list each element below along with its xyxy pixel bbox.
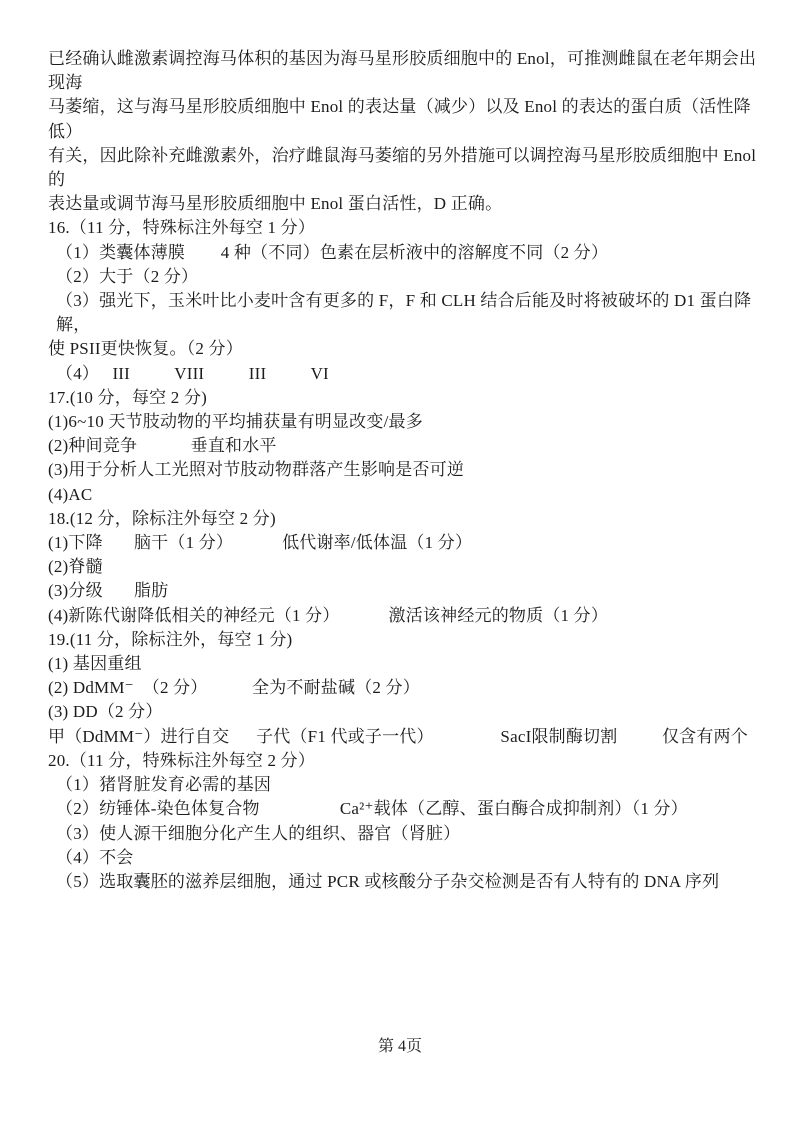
text-line: 有关，因此除补充雌激素外，治疗雌鼠海马萎缩的另外措施可以调控海马星形胶质细胞中 … [48, 144, 758, 192]
text-line: （4）不会 [48, 846, 758, 870]
text-line: （1）类囊体薄膜 4 种（不同）色素在层析液中的溶解度不同（2 分） [48, 241, 758, 265]
text-line: (2)种间竞争 垂直和水平 [48, 434, 758, 458]
text-line: (4)AC [48, 483, 758, 507]
text-line: 16.（11 分，特殊标注外每空 1 分） [48, 216, 758, 240]
text-line: 表达量或调节海马星形胶质细胞中 Enol 蛋白活性，D 正确。 [48, 192, 758, 216]
document-page: 已经确认雌激素调控海马体积的基因为海马星形胶质细胞中的 Enol，可推测雌鼠在老… [0, 0, 800, 1130]
page-number: 第 4页 [0, 1036, 800, 1058]
text-line: 17.(10 分，每空 2 分) [48, 386, 758, 410]
text-line: (3)用于分析人工光照对节肢动物群落产生影响是否可逆 [48, 458, 758, 482]
text-line: (1) 基因重组 [48, 652, 758, 676]
text-line: （2）大于（2 分） [48, 265, 758, 289]
text-line: 使 PSII更快恢复。（2 分） [48, 337, 758, 361]
text-line: （3）强光下，玉米叶比小麦叶含有更多的 F，F 和 CLH 结合后能及时将被破坏… [48, 289, 758, 337]
text-line: (3)分级 脂肪 [48, 579, 758, 603]
text-line: （5）选取囊胚的滋养层细胞，通过 PCR 或核酸分子杂交检测是否有人特有的 DN… [48, 870, 758, 894]
text-line: 19.(11 分，除标注外，每空 1 分) [48, 628, 758, 652]
text-line: (1)下降 脑干（1 分） 低代谢率/低体温（1 分） [48, 531, 758, 555]
text-line: 甲（DdMM⁻）进行自交 子代（F1 代或子一代） SacI限制酶切割 仅含有两… [48, 725, 758, 749]
text-line: 已经确认雌激素调控海马体积的基因为海马星形胶质细胞中的 Enol，可推测雌鼠在老… [48, 47, 758, 95]
answer-text-block: 已经确认雌激素调控海马体积的基因为海马星形胶质细胞中的 Enol，可推测雌鼠在老… [48, 47, 758, 894]
text-line: （2）纺锤体-染色体复合物 Ca²⁺载体（乙醇、蛋白酶合成抑制剂）（1 分） [48, 797, 758, 821]
text-line: （3）使人源干细胞分化产生人的组织、器官（肾脏） [48, 822, 758, 846]
text-line: (3) DD（2 分） [48, 700, 758, 724]
text-line: 20.（11 分，特殊标注外每空 2 分） [48, 749, 758, 773]
text-line: (2) DdMM⁻ （2 分） 全为不耐盐碱（2 分） [48, 676, 758, 700]
text-line: 马萎缩，这与海马星形胶质细胞中 Enol 的表达量（减少）以及 Enol 的表达… [48, 95, 758, 143]
text-line: （4） III VIII III VI [48, 362, 758, 386]
text-line: (1)6~10 天节肢动物的平均捕获量有明显改变/最多 [48, 410, 758, 434]
text-line: (4)新陈代谢降低相关的神经元（1 分） 激活该神经元的物质（1 分） [48, 604, 758, 628]
text-line: 18.(12 分，除标注外每空 2 分) [48, 507, 758, 531]
text-line: （1）猪肾脏发育必需的基因 [48, 773, 758, 797]
text-line: (2)脊髓 [48, 555, 758, 579]
